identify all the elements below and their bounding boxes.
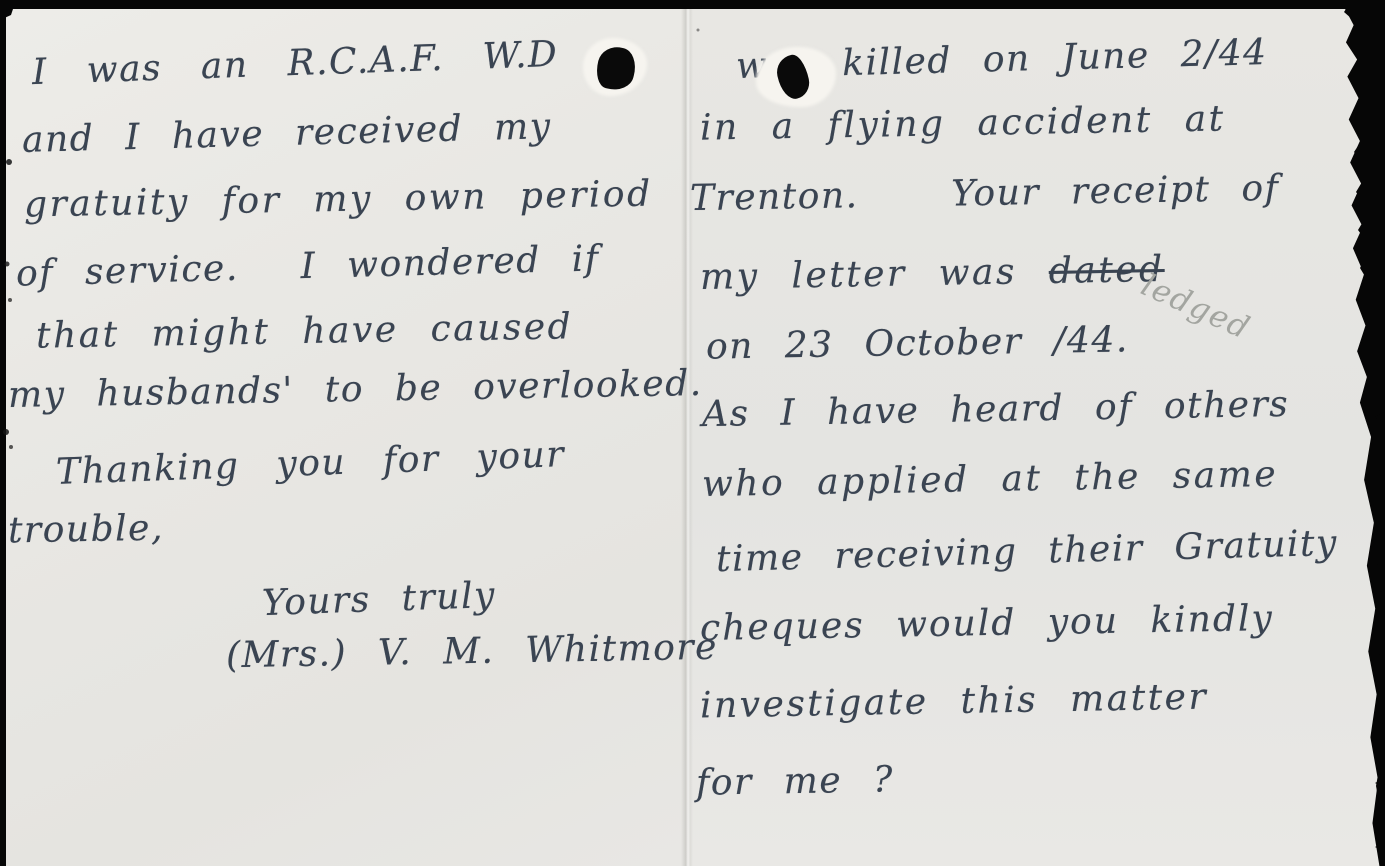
letter-line: trouble, [8,509,165,551]
letter-line: on 23 October /44. [706,320,1129,367]
letter-line: for me ? [696,760,895,803]
letter-line-text: my letter was [700,251,1049,298]
letter-scan: I was an R.C.A.F. W.D and I have receive… [0,0,1385,866]
letter-line: investigate this matter [700,678,1209,726]
center-fold [681,9,693,866]
letter-line-with-strikethrough: my letter was dated [700,250,1165,298]
letter-signature: (Mrs.) V. M. Whitmore [226,628,718,676]
letter-closing: Yours truly [261,576,496,624]
